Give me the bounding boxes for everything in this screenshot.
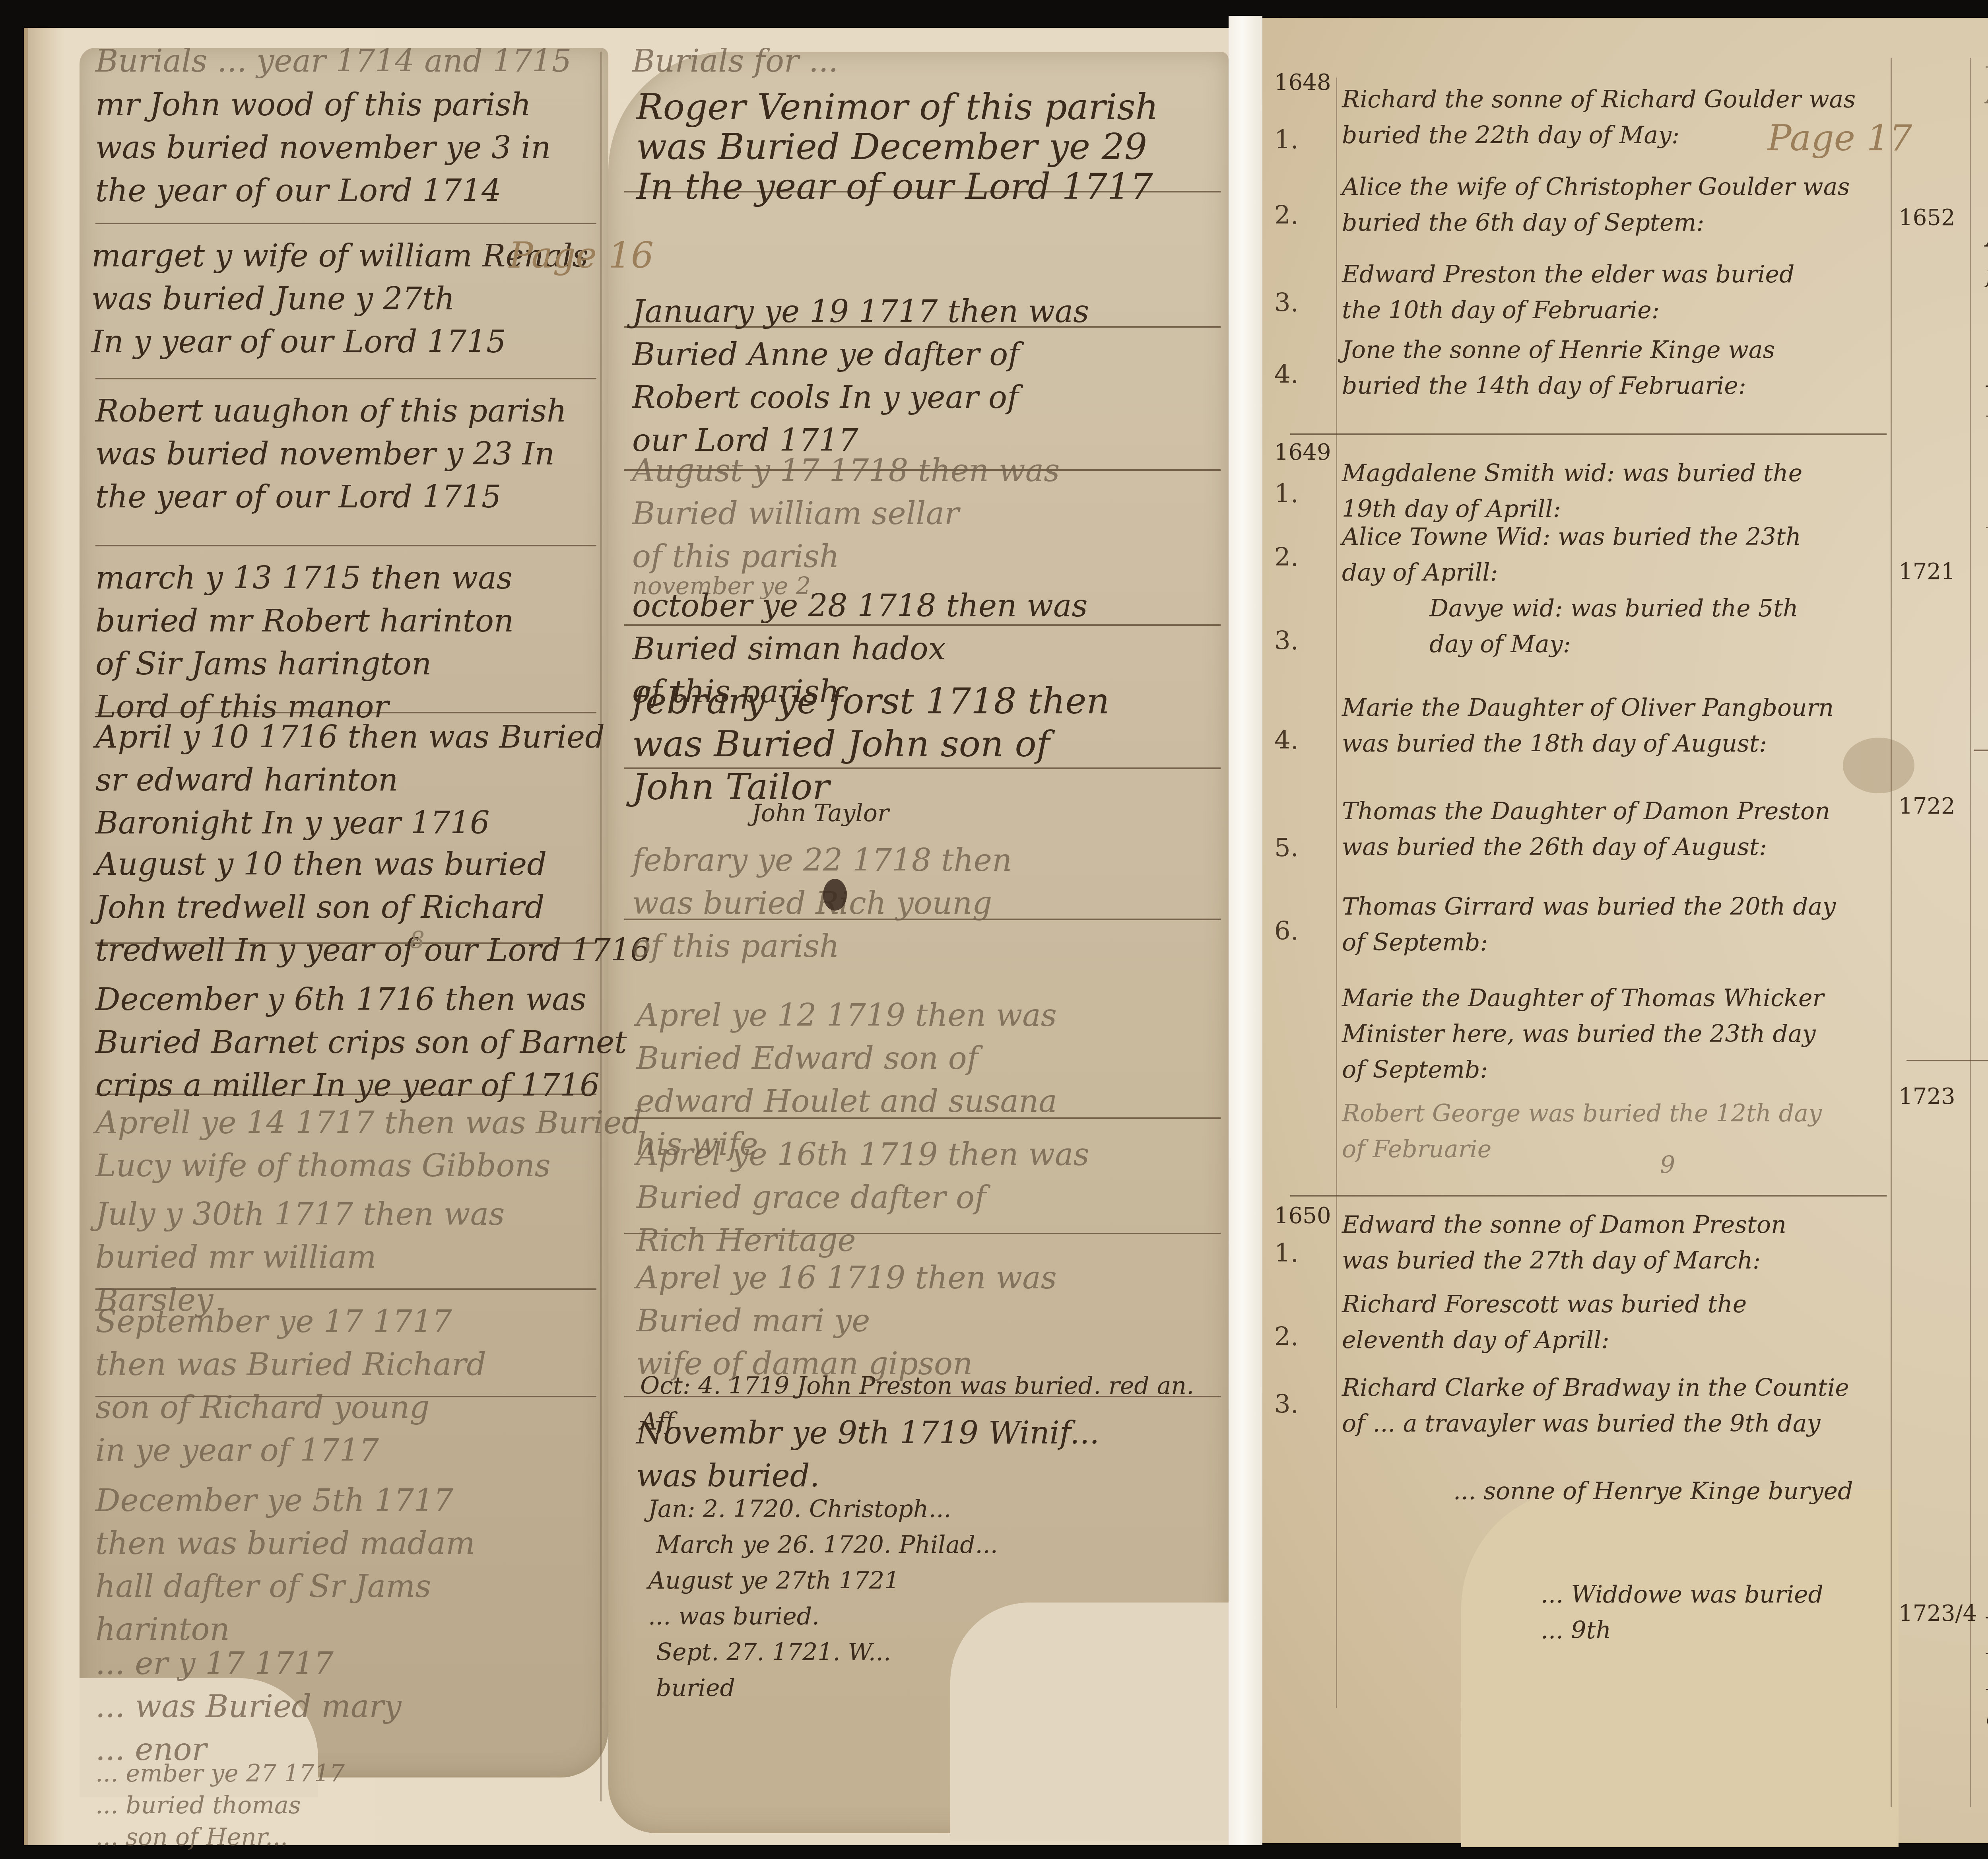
burial-entry: Davye wid: was buried the 5th day of May… [1429, 591, 1798, 662]
entry-number: 1. [1274, 479, 1299, 509]
burial-entry: ... ember ye 27 1717 ... buried thomas .… [95, 1758, 345, 1853]
burial-entry: Marye the wife of ... Aprill the 1 [1986, 42, 1988, 113]
margin-year: 1723 [1899, 1084, 1955, 1109]
book-gutter [1229, 16, 1262, 1845]
burial-entry: Edward Preston the elder was buried the … [1342, 256, 1794, 328]
margin-line [1970, 58, 1971, 1807]
pencil-folio-number: 9 [1660, 1147, 1675, 1183]
burial-entry: January ye 19 1717 then was Buried Anne … [632, 290, 1089, 462]
burial-entry: Edward the sonne of Damon Preston was bu… [1342, 1207, 1786, 1278]
burial-entry: Richard Clarke of Bradway in the Countie… [1342, 1370, 1849, 1441]
margin-year: 1648 [1274, 70, 1331, 95]
burial-entry: April y 10 1716 then was Buried sr edwar… [95, 716, 605, 845]
burial-entry: Edward Lovell alias Witham was buried 11… [1986, 356, 1988, 442]
burial-entry: December ye 5th 1717 then was buried mad… [95, 1479, 475, 1651]
burial-entry: march y 13 1715 then was buried mr Rober… [95, 557, 514, 728]
entry-divider [1986, 527, 1988, 528]
burial-entry: Sept. 27. 1721. W... buried [656, 1634, 891, 1706]
burial-entry: Thomas Girrard was buried the 20th day o… [1342, 889, 1836, 960]
burial-entry: Robert George was buried the 12th day of… [1342, 1096, 1822, 1167]
entry-number: 2. [1274, 201, 1299, 230]
burial-entry: Jone the sonne of Henrie Kinge was burie… [1342, 332, 1775, 404]
burial-entry: ... sonne of Henrye Kinge buryed [1453, 1473, 1853, 1509]
entry-divider [95, 545, 596, 546]
column-divider [1891, 58, 1892, 1807]
margin-year: 1650 [1274, 1203, 1331, 1229]
burial-entry: ... er y 17 1717 ... was Buried mary ...… [95, 1642, 402, 1771]
margin-year: 1721 [1899, 559, 1955, 585]
burial-entry: August ye 27th 1721 ... was buried. [648, 1563, 899, 1634]
margin-year: 1723/4 [1899, 1601, 1977, 1626]
margin-line [1336, 78, 1337, 1708]
margin-year: 1649 [1274, 439, 1331, 465]
burial-entry: ... Widdowe was buried ... 9th [1541, 1577, 1823, 1648]
entry-divider [95, 378, 596, 379]
section-divider [1290, 433, 1887, 435]
entry-number: 1. [1274, 125, 1299, 155]
entry-number: 4. [1274, 726, 1299, 755]
burial-entry: Alice the wife of Christopher Goulder wa… [1342, 169, 1850, 241]
burial-entry: Richard the sonne of Richard Goulder was… [1342, 82, 1856, 153]
burial-entry: Jan: 2. 1720. Christoph... [648, 1491, 951, 1527]
document-scan: Burials ... year 1714 and 1715 mr John w… [0, 0, 1988, 1859]
burial-entry: Aprell ye 14 1717 then was Buried Lucy w… [95, 1101, 642, 1187]
margin-year: 1652 [1899, 205, 1955, 231]
burial-entry: mr John wood of this parish was buried n… [95, 84, 551, 212]
burial-entry: September ye 17 1717 then was Buried Ric… [95, 1300, 486, 1472]
name-annotation: John Taylor [751, 795, 889, 831]
torn-paper-area [1461, 1489, 1899, 1847]
ink-stain [1843, 738, 1914, 793]
section-divider [1974, 750, 1988, 751]
burial-entry: December y 6th 1716 then was Buried Barn… [95, 978, 627, 1107]
burial-entry: Richard Forescott was buried the elevent… [1342, 1286, 1747, 1358]
page-number-marker: Page 16 [509, 235, 654, 276]
column-heading: Burials ... year 1714 and 1715 [95, 40, 571, 83]
burial-entry: Roger Venimor of this parish was Buried … [636, 87, 1158, 207]
right-page: Page 17 1648 1. Richard the sonne of Ric… [1262, 18, 1988, 1843]
ink-blot [823, 879, 847, 911]
entry-number: 5. [1274, 833, 1299, 862]
margin-year: 1722 [1899, 793, 1955, 819]
entry-number: 4. [1274, 360, 1299, 389]
burial-entry: Novembr ye 9th 1719 Winif... was buried. [636, 1412, 1099, 1498]
entry-number: 3. [1274, 626, 1299, 656]
burial-entry: Marie the Daughter of Thomas Whicker Min… [1342, 980, 1824, 1088]
entry-number: 1. [1274, 1239, 1299, 1268]
burial-entry: Thomas the Daughter of Damon Preston was… [1342, 793, 1830, 865]
burial-entry: febrary ye 22 1718 then was buried Rich … [632, 839, 1012, 968]
burial-entry: Madm Harrington of this Parish, Relict o… [1986, 1593, 1988, 1736]
entry-number: 3. [1274, 1390, 1299, 1419]
burial-entry: Marie the Daughter of Oliver Pangbourn w… [1342, 690, 1834, 761]
burial-entry: febrary ye forst 1718 then was Buried Jo… [632, 680, 1110, 809]
left-page: Burials ... year 1714 and 1715 mr John w… [24, 28, 1233, 1845]
burial-entry: Alice Towne Wid: was buried the 23th day… [1342, 519, 1801, 591]
section-divider [1290, 1195, 1887, 1197]
entry-number: 3. [1274, 288, 1299, 318]
burial-entry: March ye 26. 1720. Philad... [656, 1527, 998, 1563]
entry-number: 2. [1274, 543, 1299, 572]
burial-entry: Aprel ye 16th 1719 then was Buried grace… [636, 1133, 1089, 1262]
pencil-folio-number: 8 [410, 923, 425, 958]
section-divider [1906, 1060, 1988, 1061]
burial-entry: Alice Forscote widowe was february the 2… [1986, 221, 1988, 292]
burial-entry: August y 17 1718 then was Buried william… [632, 449, 1060, 578]
burial-entry: Magdalene Smith wid: was buried the 19th… [1342, 455, 1802, 527]
entry-number: 6. [1274, 917, 1299, 946]
burial-entry: Aprel ye 16 1719 then was Buried mari ye… [636, 1257, 1057, 1385]
torn-paper-area [950, 1603, 1237, 1841]
burial-entry: August y 10 then was buried John tredwel… [95, 843, 650, 972]
column-heading: Burials for ... [632, 40, 838, 83]
burial-entry: Robert uaughon of this parish was buried… [95, 390, 567, 519]
entry-number: 2. [1274, 1322, 1299, 1352]
entry-divider [95, 223, 596, 224]
